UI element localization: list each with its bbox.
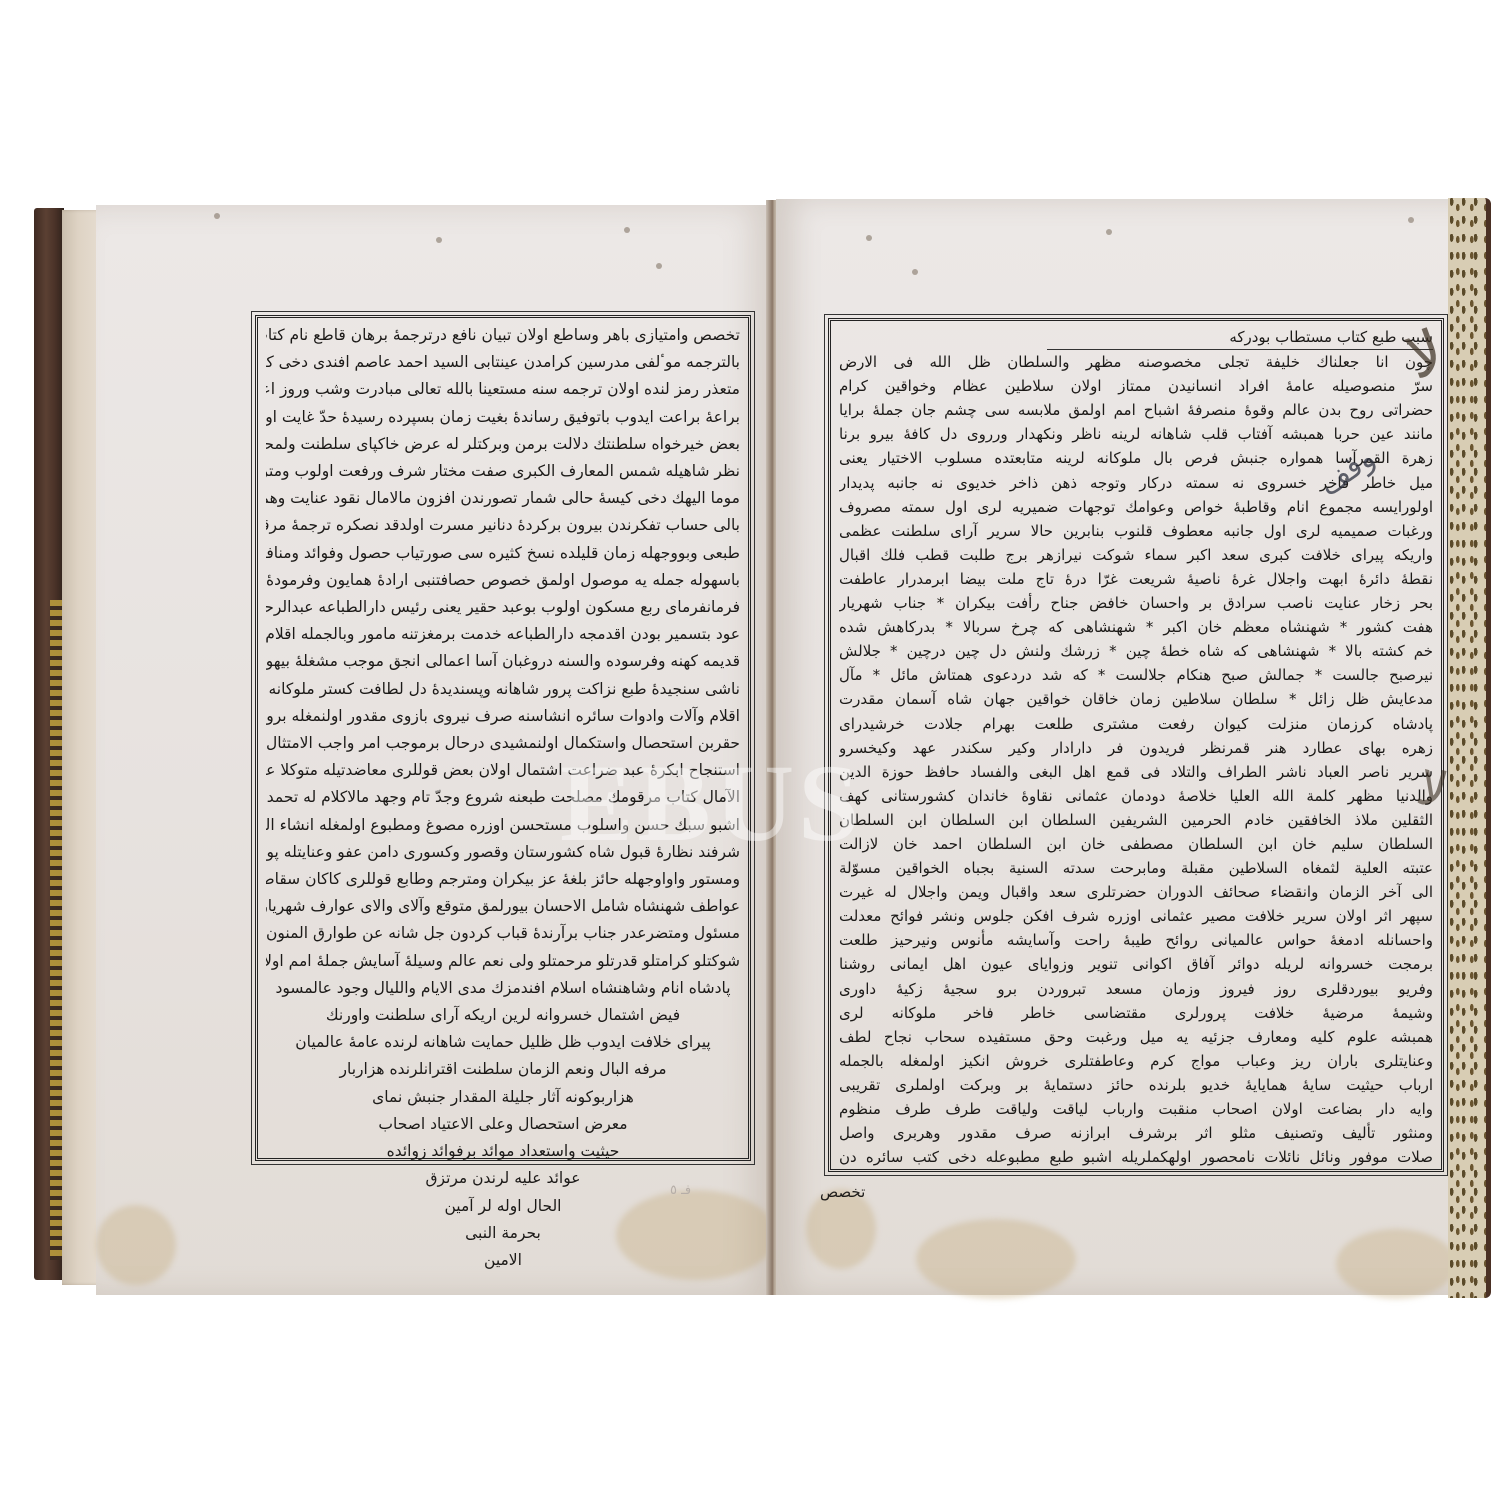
- left-text-frame: تخصص وامتيازى باهر وساطع اولان تبيان ناف…: [255, 315, 751, 1161]
- text-line: ومنثور تأليف وتصنيف مثلو اثر برشرف ابراز…: [839, 1121, 1433, 1145]
- text-line: ناشى سنجيدهٔ طبع نزاكت پرور شاهانه وپسند…: [266, 676, 740, 703]
- text-line: طبعى وبووجهله زمان قليلده نسخ كثيره سى ص…: [266, 540, 740, 567]
- gilt-border-decoration: [50, 600, 62, 1260]
- text-line: خم كشته بالا * شهنشاهى كه شاه خطهٔ چين *…: [839, 639, 1433, 663]
- text-line-centered: بحرمة النبى: [266, 1220, 740, 1247]
- water-stain: [806, 1189, 876, 1269]
- text-line: قديمه كهنه وفرسوده والسنه دروغبان آسا اع…: [266, 648, 740, 675]
- text-line: سرير ناصر العباد ناشر الطراف والتلاد فى …: [839, 760, 1433, 784]
- text-line: براعهٔ براعت ايدوب باتوفيق رساندهٔ بغيت …: [266, 404, 740, 431]
- text-line-centered: الامين: [266, 1247, 740, 1274]
- water-stain: [1336, 1229, 1456, 1299]
- text-line: باسهوله جمله يه موصول اولمق خصوص حصافتنب…: [266, 567, 740, 594]
- text-line: نظر شاهيله شمس المعارف الكبرى صفت مختار …: [266, 458, 740, 485]
- text-line: فرمانفرماى ربع مسكون اولوب بوعبد حقير يع…: [266, 594, 740, 621]
- watermark: EBUS: [560, 740, 863, 867]
- text-line: برمجت خسروانه لريله دوائر آفاق اكوانى تن…: [839, 952, 1433, 976]
- text-line: بالى حساب تفكرندن بيرون بركردهٔ دنانير م…: [266, 512, 740, 539]
- text-line-centered: شوكتلو كرامتلو قدرتلو مرحمتلو ولى نعم عا…: [266, 948, 740, 975]
- text-line: مدعايش ظل زائل * سلطان سلاطين زمان خاقان…: [839, 687, 1433, 711]
- text-line: پادشاه كرزمان منزلت كيوان رفعت مشترى طلع…: [839, 712, 1433, 736]
- text-line: اقلام وآلات وادوات سائره انشاسنه صرف نير…: [266, 703, 740, 730]
- text-line-centered: حيثيت واستعداد موائد برفوائد زوائده: [266, 1138, 740, 1165]
- text-line: عواطف شهنشاه شامل الاحسان بيورلمق متوقع …: [266, 893, 740, 920]
- text-line: واحسانله ادمغهٔ حواس عالميانى روائح طيبه…: [839, 928, 1433, 952]
- worm-hole: [912, 269, 918, 275]
- text-line: بالترجمه موٴلفى مدرسين كرامدن عينتابى ال…: [266, 349, 740, 376]
- text-line-centered: پادشاه انام وشاهنشاه اسلام افندمزك مدى ا…: [266, 975, 740, 1002]
- text-line: چون انا جعلناك خليفة تجلى مخصوصنه مظهر و…: [839, 350, 1433, 374]
- catchword: تخصص: [820, 1183, 865, 1201]
- text-line: موما اليهك دخى كيسهٔ حالى شمار تصورندن ا…: [266, 485, 740, 512]
- text-line: صلات موفور ونائل نائلات نامحصور اولهكملر…: [839, 1145, 1433, 1169]
- text-line-centered: عوائد عليه لرندن مرتزق: [266, 1165, 740, 1192]
- worm-hole: [436, 237, 442, 243]
- book-photo: تخصص وامتيازى باهر وساطع اولان تبيان ناف…: [0, 0, 1500, 1500]
- left-text-block: تخصص وامتيازى باهر وساطع اولان تبيان ناف…: [266, 322, 740, 1154]
- text-line: السلطان سليم خان ابن السلطان مصطفى خان ا…: [839, 832, 1433, 856]
- text-line: بعض خيرخواه سلطنتك دلالت برمن وبركتلر له…: [266, 431, 740, 458]
- faint-catchword: فـ ٥: [670, 1183, 691, 1198]
- text-line-centered: مرفه البال ونعم الزمان سلطنت اقترانلرنده…: [266, 1056, 740, 1083]
- text-line: نيرصبح جالست * جمالش صبح هنكام جلالست * …: [839, 663, 1433, 687]
- text-line: وشيمهٔ مرضيهٔ خلافت پرورلرى مقتضاسى خاطر…: [839, 1001, 1433, 1025]
- text-line-centered: فيض اشتمال خسروانه لرين اريكه آراى سلطنت…: [266, 1002, 740, 1029]
- text-line: عتبته العلية لثمغاه السلاطين مقبلة ومابر…: [839, 856, 1433, 880]
- worm-hole: [1408, 217, 1414, 223]
- text-line: مسئول ومتضرعدر جناب برآرندهٔ قباب كردون …: [266, 920, 740, 947]
- text-line: سپهر اثر اولان سرير خلافت مصير عثمانى او…: [839, 904, 1433, 928]
- text-line-centered: معرض استحصال وعلى الاعتياد اصحاب: [266, 1111, 740, 1138]
- worm-hole: [214, 213, 220, 219]
- worm-hole: [866, 235, 872, 241]
- text-line: وايه دار بضاعت اولان اصحاب منقبت وارباب …: [839, 1097, 1433, 1121]
- text-line: ارباب حيثيت سايهٔ همايايهٔ خديو بلرنده ح…: [839, 1073, 1433, 1097]
- text-line: ومستور واواوجهله حائز بلغهٔ عز بيكران وم…: [266, 866, 740, 893]
- text-line: سرّ منصوصيله عامهٔ افراد انسانيدن ممتاز …: [839, 374, 1433, 398]
- water-stain: [96, 1205, 176, 1285]
- text-line: وعنايتلرى باران ريز وعباب مواج كرم وعاطف…: [839, 1049, 1433, 1073]
- text-line: عود بتسمير بودن اقدمجه دارالطباعه خدمت ب…: [266, 621, 740, 648]
- marbled-endpaper: [1448, 198, 1491, 1298]
- text-line: همبشه علوم كليه ومعارف جزئيه يه ميل ورغب…: [839, 1025, 1433, 1049]
- text-line: الى آخر الزمان وانقضاء صحائف الدوران حضر…: [839, 880, 1433, 904]
- text-line-centered: هزاربوكونه آثار جليلة المقدار جنبش نماى: [266, 1084, 740, 1111]
- worm-hole: [624, 227, 630, 233]
- worm-hole: [656, 263, 662, 269]
- text-line: متعذر رمز لنده اولان ترجمه سنه مستعينا ب…: [266, 376, 740, 403]
- text-line: تخصص وامتيازى باهر وساطع اولان تبيان ناف…: [266, 322, 740, 349]
- text-line: وفريو بيوردقلرى روز فيروز وزمان مسعد تبر…: [839, 977, 1433, 1001]
- worm-hole: [1106, 229, 1112, 235]
- water-stain: [916, 1219, 1076, 1299]
- text-line: مانند عين حربا همبشه آفتاب قلب شاهانه لر…: [839, 422, 1433, 446]
- text-line: زهره بهاى عطارد هنر قمرنظر فريدون فر دار…: [839, 736, 1433, 760]
- section-heading: سبب طبع كتاب مستطاب بودركه: [1047, 325, 1433, 350]
- text-line: والدنيا مظهر كلمة الله العليا خلاصهٔ دود…: [839, 784, 1433, 808]
- text-line: الثقلين ملاذ الخافقين خادم الحرمين الشري…: [839, 808, 1433, 832]
- text-line: حضراتى روح بدن عالم وقوهٔ منصرفهٔ اشباح …: [839, 398, 1433, 422]
- text-line-centered: الحال اوله لر آمين: [266, 1193, 740, 1220]
- text-line-centered: پيراى خلافت ايدوب ظل ظليل حمايت شاهانه ل…: [266, 1029, 740, 1056]
